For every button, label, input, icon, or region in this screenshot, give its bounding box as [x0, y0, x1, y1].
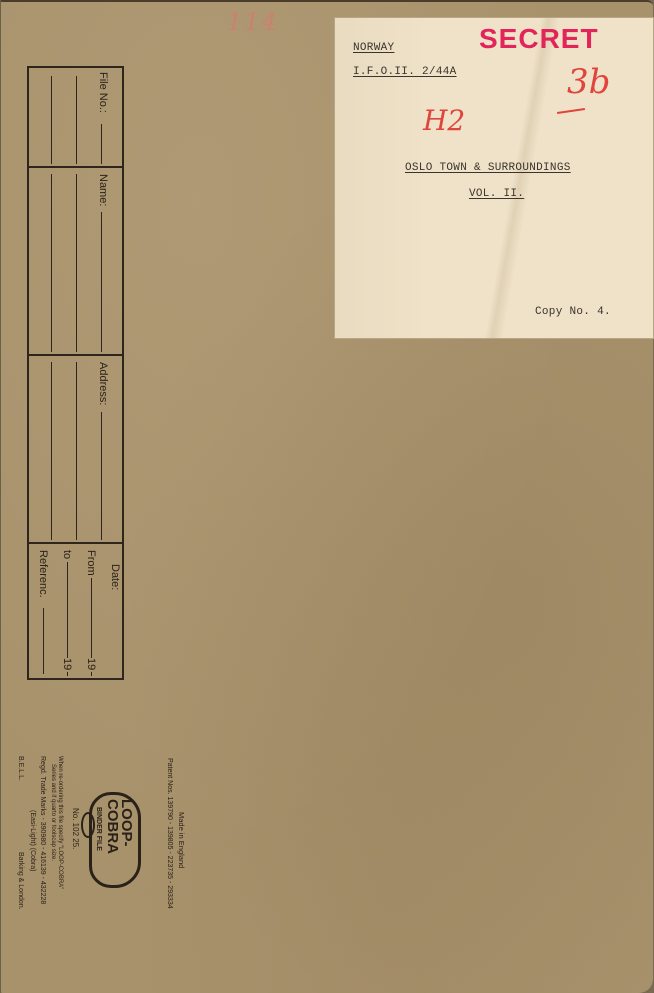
date-section: Date: From 19 to 19 Referenc. [29, 544, 122, 678]
address-label: Address: [97, 362, 109, 405]
logo-line-2: COBRA [104, 799, 121, 854]
name-label: Name: [97, 174, 109, 206]
to-field[interactable] [67, 562, 68, 658]
country-label: NORWAY [353, 42, 394, 54]
from-label: From [85, 550, 97, 576]
trade-marks: Regd. Trade Marks - 390980 - 416139 - 43… [39, 756, 46, 904]
loop-cobra-logo: LOOP- COBRA BINDER FILE [89, 792, 141, 888]
name-line-3[interactable] [51, 174, 52, 352]
to-year-field[interactable] [67, 672, 68, 676]
handwritten-copy-mark: 3b [567, 62, 610, 102]
address-line-3[interactable] [51, 362, 52, 540]
snake-tail-icon [81, 812, 95, 838]
handwritten-underline [557, 108, 585, 114]
from-year-field[interactable] [91, 672, 92, 676]
to-label: to [61, 550, 73, 559]
maker-location: Barking & London. [17, 852, 24, 910]
address-section: Address: [29, 356, 122, 544]
date-label: Date: [109, 564, 121, 590]
file-cover: 114 File No.: Name: Address: Date: From [0, 0, 653, 993]
title-slip: NORWAY I.F.O.II. 2/44A SECRET H2 3b OSLO… [335, 18, 653, 338]
name-line-2[interactable] [76, 174, 77, 352]
name-section: Name: [29, 168, 122, 356]
logo-line-3: BINDER FILE [95, 807, 102, 851]
patent-numbers: Patent Nos. 139790 - 139805 - 223735 - 2… [166, 758, 173, 909]
from-field[interactable] [91, 578, 92, 658]
document-title: OSLO TOWN & SURROUNDINGS [405, 162, 571, 174]
volume-label: VOL. II. [469, 188, 524, 200]
trade-mark-names: (Easi-Light) (Cobra) [29, 810, 36, 871]
index-form: File No.: Name: Address: Date: From 19 t… [27, 66, 124, 680]
address-line-2[interactable] [76, 362, 77, 540]
reference-number: I.F.O.II. 2/44A [353, 66, 457, 78]
name-field[interactable] [101, 212, 102, 352]
made-in-england: Made in England [177, 812, 186, 868]
maker-name: B.E.L.L. [17, 756, 24, 781]
file-no-line-3[interactable] [51, 76, 52, 164]
file-number: No. 102 25. [71, 808, 80, 849]
to-year-prefix: 19 [61, 658, 73, 670]
file-no-section: File No.: [29, 68, 122, 168]
reorder-note-2: Series and if quarto or foolscap size. [50, 764, 56, 861]
reorder-note-1: When re-ordering this file specify "LOOP… [57, 756, 63, 889]
file-no-label: File No.: [97, 72, 109, 113]
handwritten-volume-mark: H2 [423, 104, 465, 137]
file-no-line-2[interactable] [76, 76, 77, 164]
reference-field[interactable] [43, 608, 44, 674]
copy-number: Copy No. 4. [535, 306, 611, 318]
reference-label: Referenc. [37, 550, 49, 598]
address-field[interactable] [101, 412, 102, 540]
from-year-prefix: 19 [85, 658, 97, 670]
pencil-annotation: 114 [227, 8, 279, 36]
secret-stamp: SECRET [479, 23, 599, 55]
file-no-field[interactable] [101, 124, 102, 164]
